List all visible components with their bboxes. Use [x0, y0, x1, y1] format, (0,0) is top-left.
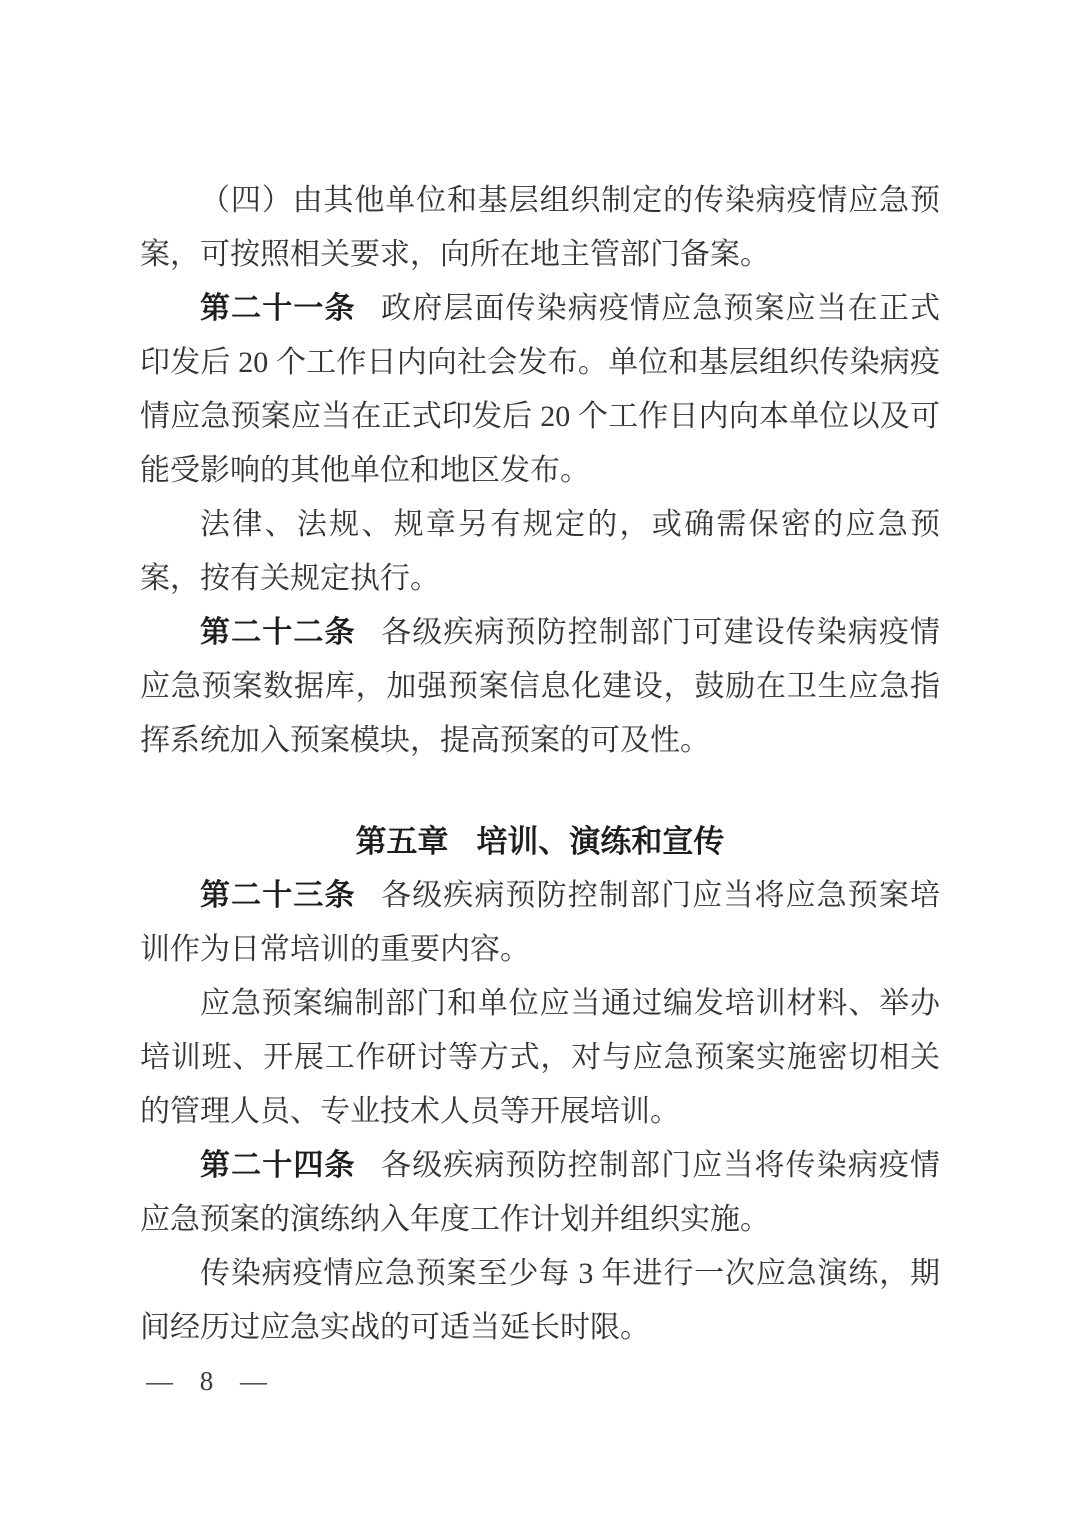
page-number: — 8 —: [146, 1363, 277, 1399]
paragraph: （四）由其他单位和基层组织制定的传染病疫情应急预案，可按照相关要求，向所在地主管…: [140, 174, 940, 282]
chapter-title: 培训、演练和宣传: [476, 824, 724, 859]
paragraph: 法律、法规、规章另有规定的，或确需保密的应急预案，按有关规定执行。: [140, 498, 940, 606]
document-page: （四）由其他单位和基层组织制定的传染病疫情应急预案，可按照相关要求，向所在地主管…: [0, 0, 1080, 1528]
paragraph-text: （四）由其他单位和基层组织制定的传染病疫情应急预案，可按照相关要求，向所在地主管…: [140, 184, 940, 271]
article-number: 第二十二条: [200, 616, 356, 649]
paragraph: 第二十四条各级疾病预防控制部门应当将传染病疫情应急预案的演练纳入年度工作计划并组…: [140, 1139, 940, 1247]
article-number: 第二十一条: [200, 292, 356, 325]
paragraph: 应急预案编制部门和单位应当通过编发培训材料、举办培训班、开展工作研讨等方式，对与…: [140, 977, 940, 1139]
document-content: （四）由其他单位和基层组织制定的传染病疫情应急预案，可按照相关要求，向所在地主管…: [140, 174, 940, 1355]
paragraph: 第二十二条各级疾病预防控制部门可建设传染病疫情应急预案数据库，加强预案信息化建设…: [140, 606, 940, 768]
paragraph-text: 法律、法规、规章另有规定的，或确需保密的应急预案，按有关规定执行。: [140, 508, 940, 595]
paragraph-text: 传染病疫情应急预案至少每 3 年进行一次应急演练，期间经历过应急实战的可适当延长…: [140, 1257, 940, 1344]
paragraph: 传染病疫情应急预案至少每 3 年进行一次应急演练，期间经历过应急实战的可适当延长…: [140, 1247, 940, 1355]
paragraph: 第二十三条各级疾病预防控制部门应当将应急预案培训作为日常培训的重要内容。: [140, 869, 940, 977]
chapter-number: 第五章: [356, 824, 449, 859]
article-number: 第二十三条: [200, 879, 356, 912]
paragraph: 第二十一条政府层面传染病疫情应急预案应当在正式印发后 20 个工作日内向社会发布…: [140, 282, 940, 498]
paragraph-text: 应急预案编制部门和单位应当通过编发培训材料、举办培训班、开展工作研讨等方式，对与…: [140, 987, 940, 1128]
article-number: 第二十四条: [200, 1149, 356, 1182]
chapter-heading: 第五章培训、演练和宣传: [140, 815, 940, 869]
